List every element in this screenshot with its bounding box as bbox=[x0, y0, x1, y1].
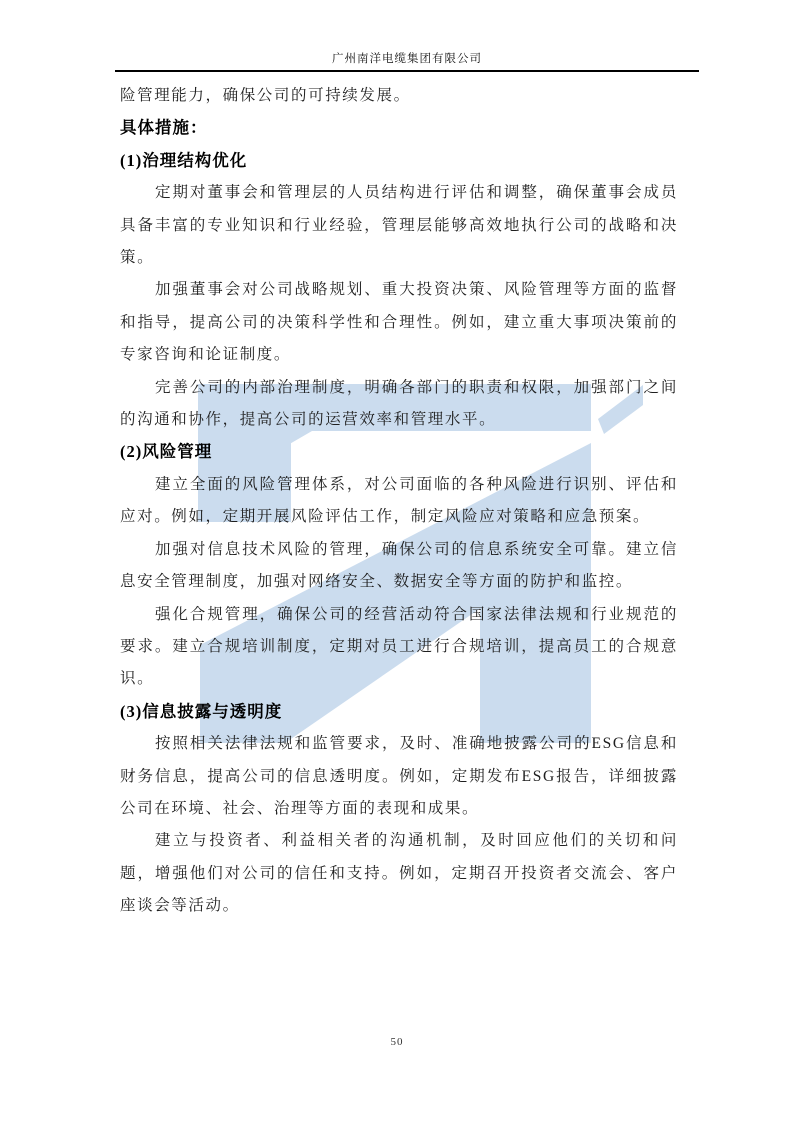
section-heading: (3)信息披露与透明度 bbox=[120, 696, 678, 728]
paragraph: 加强对信息技术风险的管理，确保公司的信息系统安全可靠。建立信息安全管理制度，加强… bbox=[120, 534, 678, 599]
paragraph: 险管理能力，确保公司的可持续发展。 bbox=[120, 80, 678, 112]
page-number: 50 bbox=[391, 1036, 404, 1048]
paragraph: 加强董事会对公司战略规划、重大投资决策、风险管理等方面的监督和指导，提高公司的决… bbox=[120, 274, 678, 371]
document-page: 广州南洋电缆集团有限公司 险管理能力，确保公司的可持续发展。具体措施：(1)治理… bbox=[0, 0, 794, 1123]
page-footer: 50 bbox=[0, 1036, 794, 1048]
paragraph: 建立与投资者、利益相关者的沟通机制，及时回应他们的关切和问题，增强他们对公司的信… bbox=[120, 825, 678, 922]
section-heading: (1)治理结构优化 bbox=[120, 145, 678, 177]
page-header: 广州南洋电缆集团有限公司 bbox=[115, 50, 699, 72]
paragraph: 按照相关法律法规和监管要求，及时、准确地披露公司的ESG信息和财务信息，提高公司… bbox=[120, 728, 678, 825]
section-heading: (2)风险管理 bbox=[120, 436, 678, 468]
paragraph: 建立全面的风险管理体系，对公司面临的各种风险进行识别、评估和应对。例如，定期开展… bbox=[120, 469, 678, 534]
section-heading: 具体措施： bbox=[120, 112, 678, 144]
document-body: 险管理能力，确保公司的可持续发展。具体措施：(1)治理结构优化定期对董事会和管理… bbox=[120, 80, 678, 923]
company-name: 广州南洋电缆集团有限公司 bbox=[332, 53, 482, 65]
paragraph: 完善公司的内部治理制度，明确各部门的职责和权限，加强部门之间的沟通和协作，提高公… bbox=[120, 372, 678, 437]
paragraph: 强化合规管理，确保公司的经营活动符合国家法律法规和行业规范的要求。建立合规培训制… bbox=[120, 599, 678, 696]
paragraph: 定期对董事会和管理层的人员结构进行评估和调整，确保董事会成员具备丰富的专业知识和… bbox=[120, 177, 678, 274]
